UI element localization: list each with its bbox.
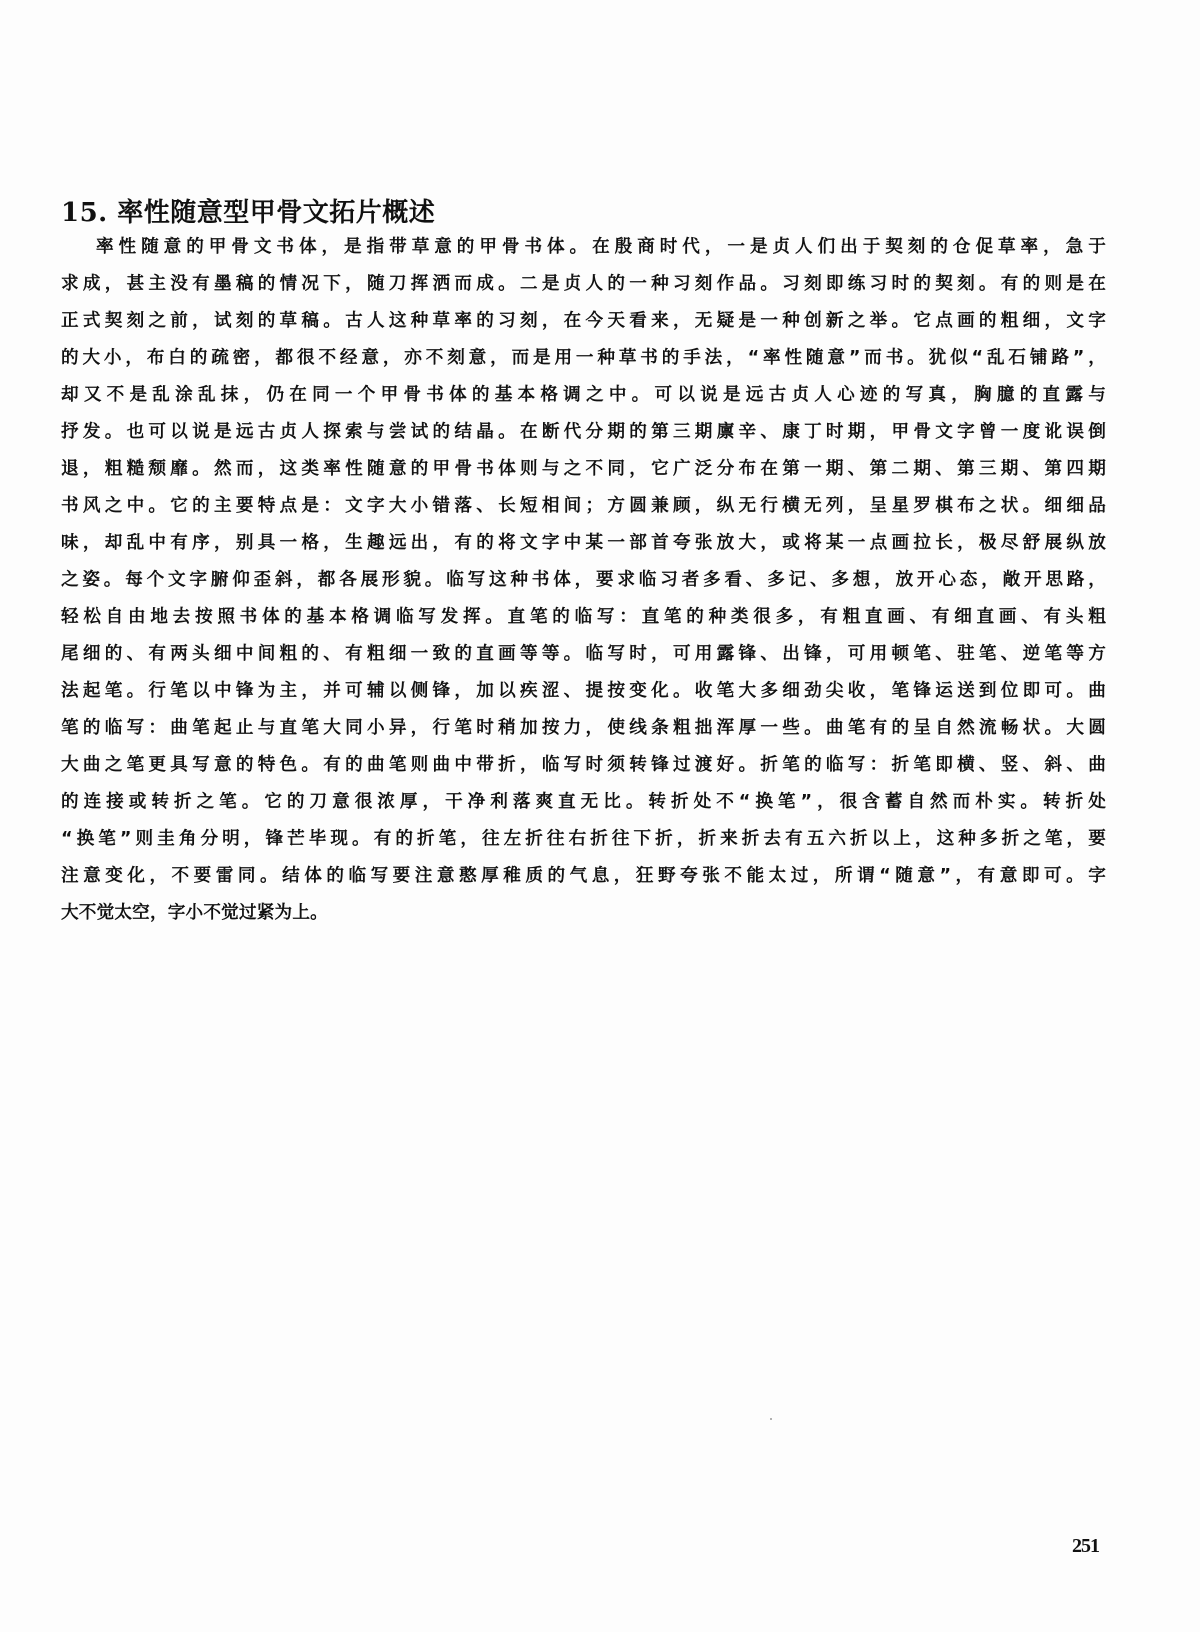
text-line: 轻松自由地去按照书体的基本格调临写发挥。直笔的临写：直笔的种类很多，有粗直画、有…: [61, 603, 1106, 631]
text-line: 注意变化，不要雷同。结体的临写要注意憨厚稚质的气息，狂野夸张不能太过，所谓“随意…: [61, 862, 1106, 890]
text-line: “换笔”则圭角分明，锋芒毕现。有的折笔，往左折往右折往下折，折来折去有五六折以上…: [61, 825, 1106, 853]
text-line: 法起笔。行笔以中锋为主，并可辅以侧锋，加以疾涩、提按变化。收笔大多细劲尖收，笔锋…: [61, 677, 1106, 705]
book-page: 15. 率性随意型甲骨文拓片概述 率性随意的甲骨文书体，是指带草意的甲骨书体。在…: [0, 0, 1200, 1632]
text-line: 退，粗糙颓靡。然而，这类率性随意的甲骨书体则与之不同，它广泛分布在第一期、第二期…: [61, 455, 1106, 483]
text-line: 的连接或转折之笔。它的刀意很浓厚，干净利落爽直无比。转折处不“换笔”，很含蓄自然…: [61, 788, 1106, 816]
text-line: 大不觉太空，字小不觉过紧为上。: [61, 899, 1106, 927]
text-line: 的大小，布白的疏密，都很不经意，亦不刻意，而是用一种草书的手法，“率性随意”而书…: [61, 344, 1106, 372]
page-number: 251: [1072, 1535, 1099, 1558]
text-line: 书风之中。它的主要特点是：文字大小错落、长短相间；方圆兼顾，纵无行横无列，呈星罗…: [61, 492, 1106, 520]
text-line: 之姿。每个文字腑仰歪斜，都各展形貌。临写这种书体，要求临习者多看、多记、多想，放…: [61, 566, 1106, 594]
text-line: 尾细的、有两头细中间粗的、有粗细一致的直画等等。临写时，可用露锋、出锋，可用顿笔…: [61, 640, 1106, 668]
text-line: 笔的临写：曲笔起止与直笔大同小异，行笔时稍加按力，使线条粗拙浑厚一些。曲笔有的呈…: [61, 714, 1106, 742]
text-line: 大曲之笔更具写意的特色。有的曲笔则曲中带折，临写时须转锋过渡好。折笔的临写：折笔…: [61, 751, 1106, 779]
text-line: 率性随意的甲骨文书体，是指带草意的甲骨书体。在殷商时代，一是贞人们出于契刻的仓促…: [96, 233, 1106, 261]
scan-speck: [770, 1418, 772, 1420]
text-line: 求成，甚主没有墨稿的情况下，随刀挥洒而成。二是贞人的一种习刻作品。习刻即练习时的…: [61, 270, 1106, 298]
text-line: 却又不是乱涂乱抹，仍在同一个甲骨书体的基本格调之中。可以说是远古贞人心迹的写真，…: [61, 381, 1106, 409]
text-line: 抒发。也可以说是远古贞人探索与尝试的结晶。在断代分期的第三期廪辛、康丁时期，甲骨…: [61, 418, 1106, 446]
section-title: 15. 率性随意型甲骨文拓片概述: [61, 196, 435, 230]
text-line: 味，却乱中有序，别具一格，生趣远出，有的将文字中某一部首夸张放大，或将某一点画拉…: [61, 529, 1106, 557]
text-line: 正式契刻之前，试刻的草稿。古人这种草率的习刻，在今天看来，无疑是一种创新之举。它…: [61, 307, 1106, 335]
